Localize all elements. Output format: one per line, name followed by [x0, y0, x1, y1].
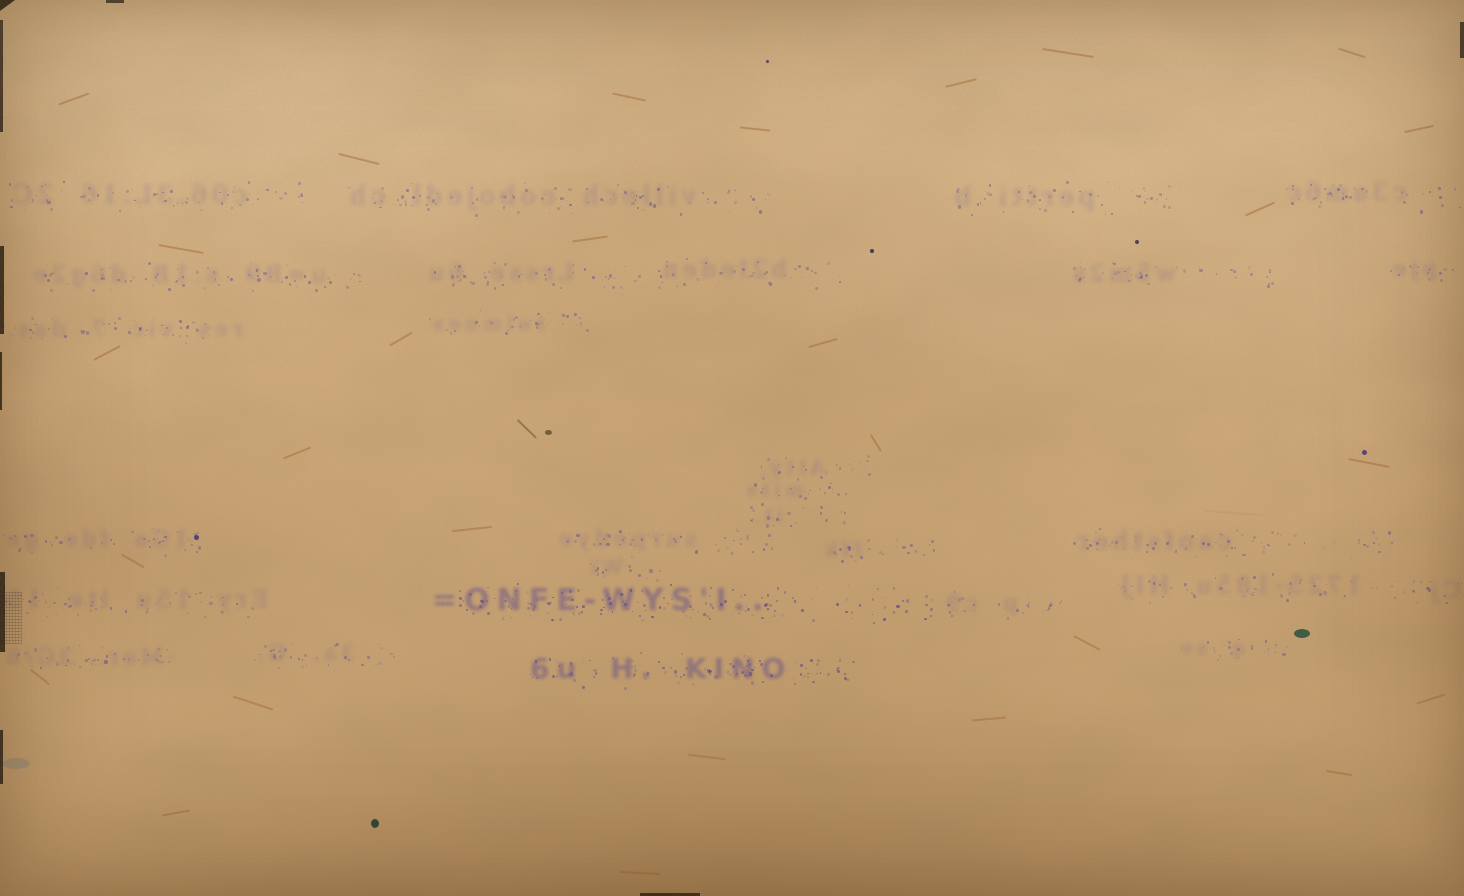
- scan-edge-sliver: [0, 730, 3, 784]
- scan-corner-notch: [0, 0, 15, 11]
- scan-edge-sliver: [0, 352, 2, 410]
- scan-edge-sliver: [1460, 22, 1464, 58]
- scan-edge-sliver: [106, 0, 124, 3]
- edge-artifact-layer: [0, 0, 1464, 896]
- scanned-document: c06.3L.16 2Cvillech cobojedl chpertti bc…: [0, 0, 1464, 896]
- scan-edge-sliver: [0, 246, 4, 334]
- scan-edge-sliver: [0, 20, 3, 132]
- scan-edge-sliver: [0, 572, 5, 652]
